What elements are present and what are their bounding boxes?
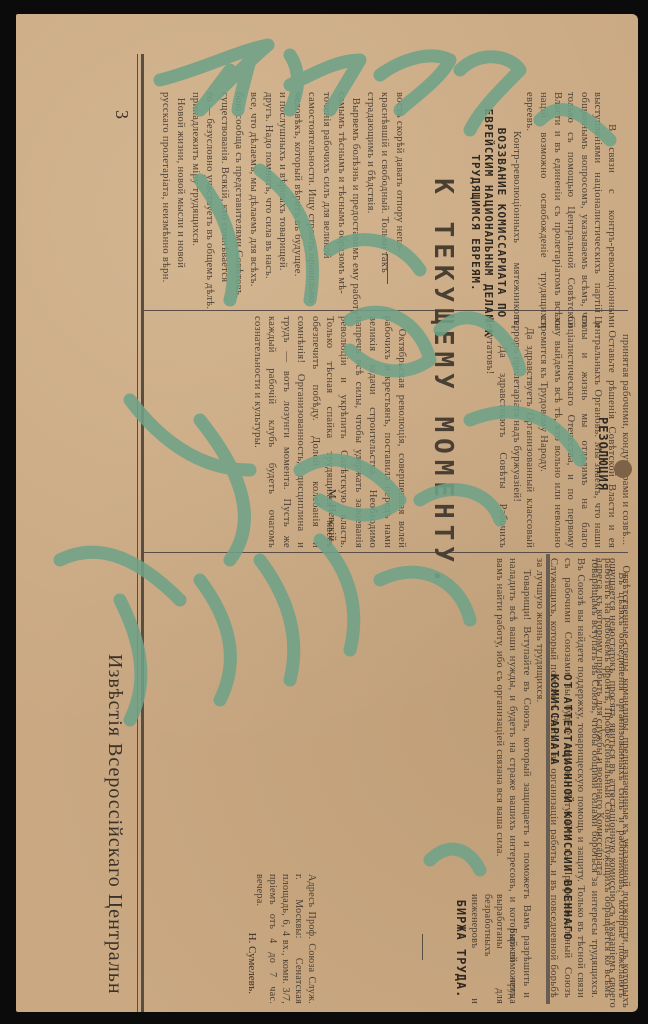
article-attestation: Отвѣтственные спецы, командиры, предназн… [574,558,632,1008]
divider-dash [422,934,423,960]
article-labor-exchange: Биржей труда выработаны для безработныхъ… [468,894,518,1004]
article-top-column: вость скорѣй давать отпору непо- краснѣв… [144,92,406,328]
rotated-page-content: Извѣстія Всероссійскаго Центральн 3 вост… [16,14,638,1012]
article-appeal-continuation: Оставьте рѣшенія Совѣтской Власти и ея Ц… [418,316,618,548]
page-marker: 3 [111,110,132,120]
article-moment-body: Октябрьская революція, совершенная волей… [158,316,408,548]
article-appeal-body: В связи с контръ-революціонными выступле… [508,92,618,328]
newspaper-page: Извѣстія Всероссійскаго Центральн 3 вост… [16,14,638,1012]
masthead-title: Извѣстія Всероссійскаго Центральн [103,654,126,995]
headline-resolution: РЕЗОЛЮЦИЯ [596,394,610,514]
paper-stain [614,460,632,478]
headline-labor-exchange: БИРЖА ТРУДА. [454,894,468,1004]
masthead-rule-thin [137,54,138,1012]
divider-dash [387,254,388,284]
union-address: Адресъ Проф. Союза Служ. г. Москвы: Сена… [238,874,318,1004]
article-resolution: принятая рабочими, кондукторами и созвѣ.… [614,334,632,584]
column-separator [144,552,628,553]
headline-attestation: ОТ АТТЕСТАЦИОННОЙ КОМИССИИ ВОЕННАГО КОМИ… [548,674,574,1014]
signature-nevsky: М. Невскій. [326,434,338,544]
headline-appeal: ВОЗЗВАНИЕ КОМИССАРИАТА ПО ЕВРЕЙСКИМ НАЦИ… [469,98,508,348]
